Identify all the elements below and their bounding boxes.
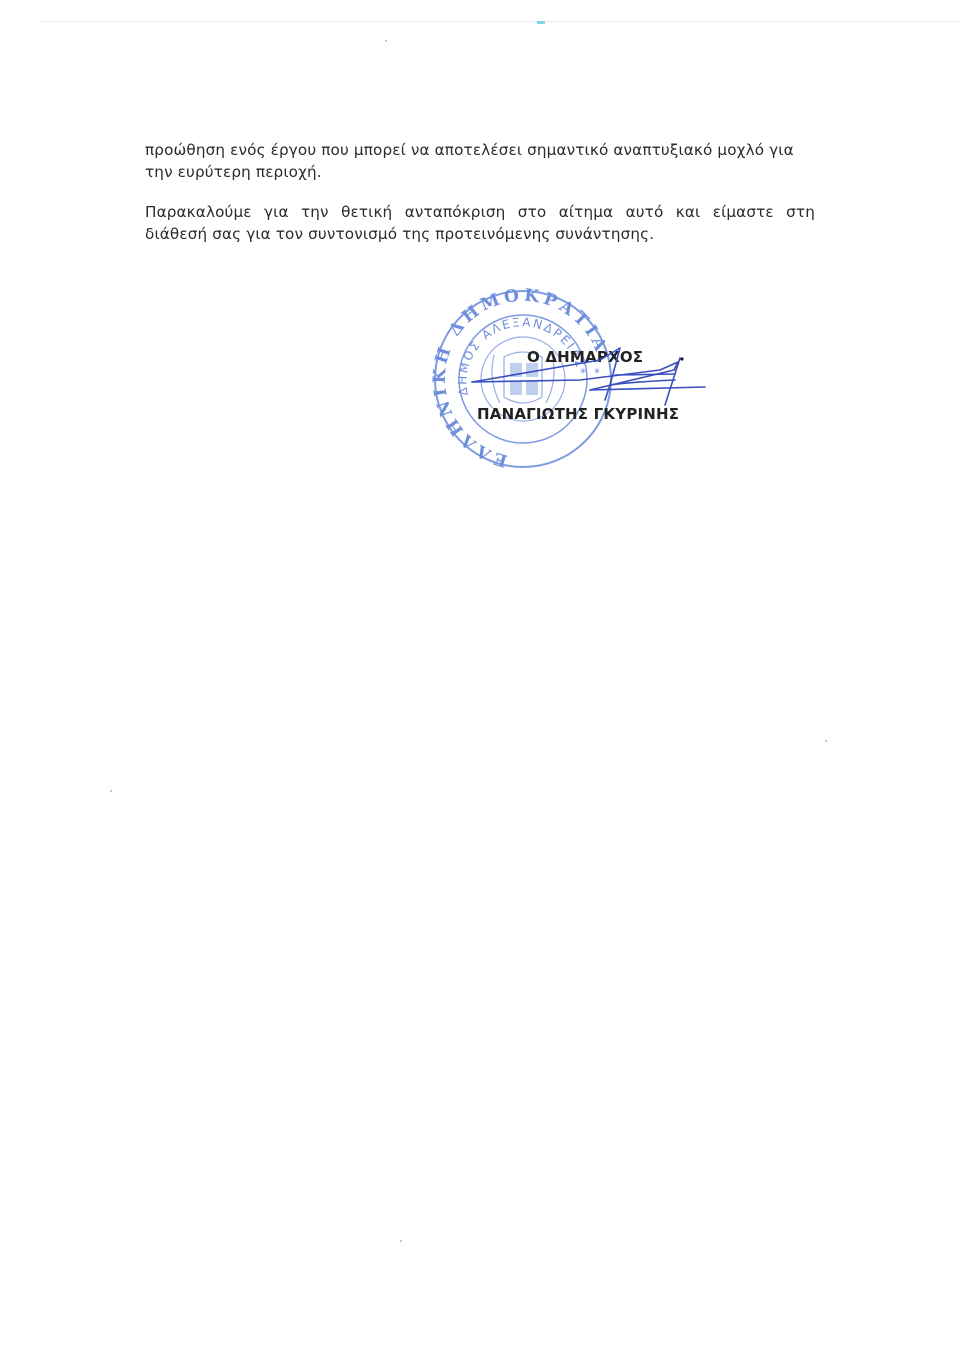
scan-speck: [400, 1240, 402, 1242]
paragraph-project-promotion: προώθηση ενός έργου που μπορεί να αποτελ…: [145, 139, 815, 183]
paragraph-line: Παρακαλούμε για την θετική ανταπόκριση σ…: [145, 201, 815, 223]
signatory-name: ΠΑΝΑΓΙΩΤΗΣ ΓΚΥΡΙΝΗΣ: [477, 405, 679, 423]
scan-speck: [825, 740, 827, 742]
paragraph-line: διάθεσή σας για τον συντονισμό της προτε…: [145, 223, 815, 245]
signature-block: ΕΛΛΗΝΙΚΗ ΔΗΜΟΚΡΑΤΙΑ ΔΗΜΟΣ ΑΛΕΞΑΝΔΡΕΙΑΣ *…: [420, 285, 720, 475]
paragraph-line: την ευρύτερη περιοχή.: [145, 161, 815, 183]
paragraph-line: προώθηση ενός έργου που μπορεί να αποτελ…: [145, 139, 815, 161]
scan-top-edge: [40, 21, 960, 22]
scan-speck: [110, 790, 112, 792]
scan-speck: [385, 40, 387, 42]
paragraph-request: Παρακαλούμε για την θετική ανταπόκριση σ…: [145, 201, 815, 245]
scan-color-mark: [537, 21, 545, 24]
